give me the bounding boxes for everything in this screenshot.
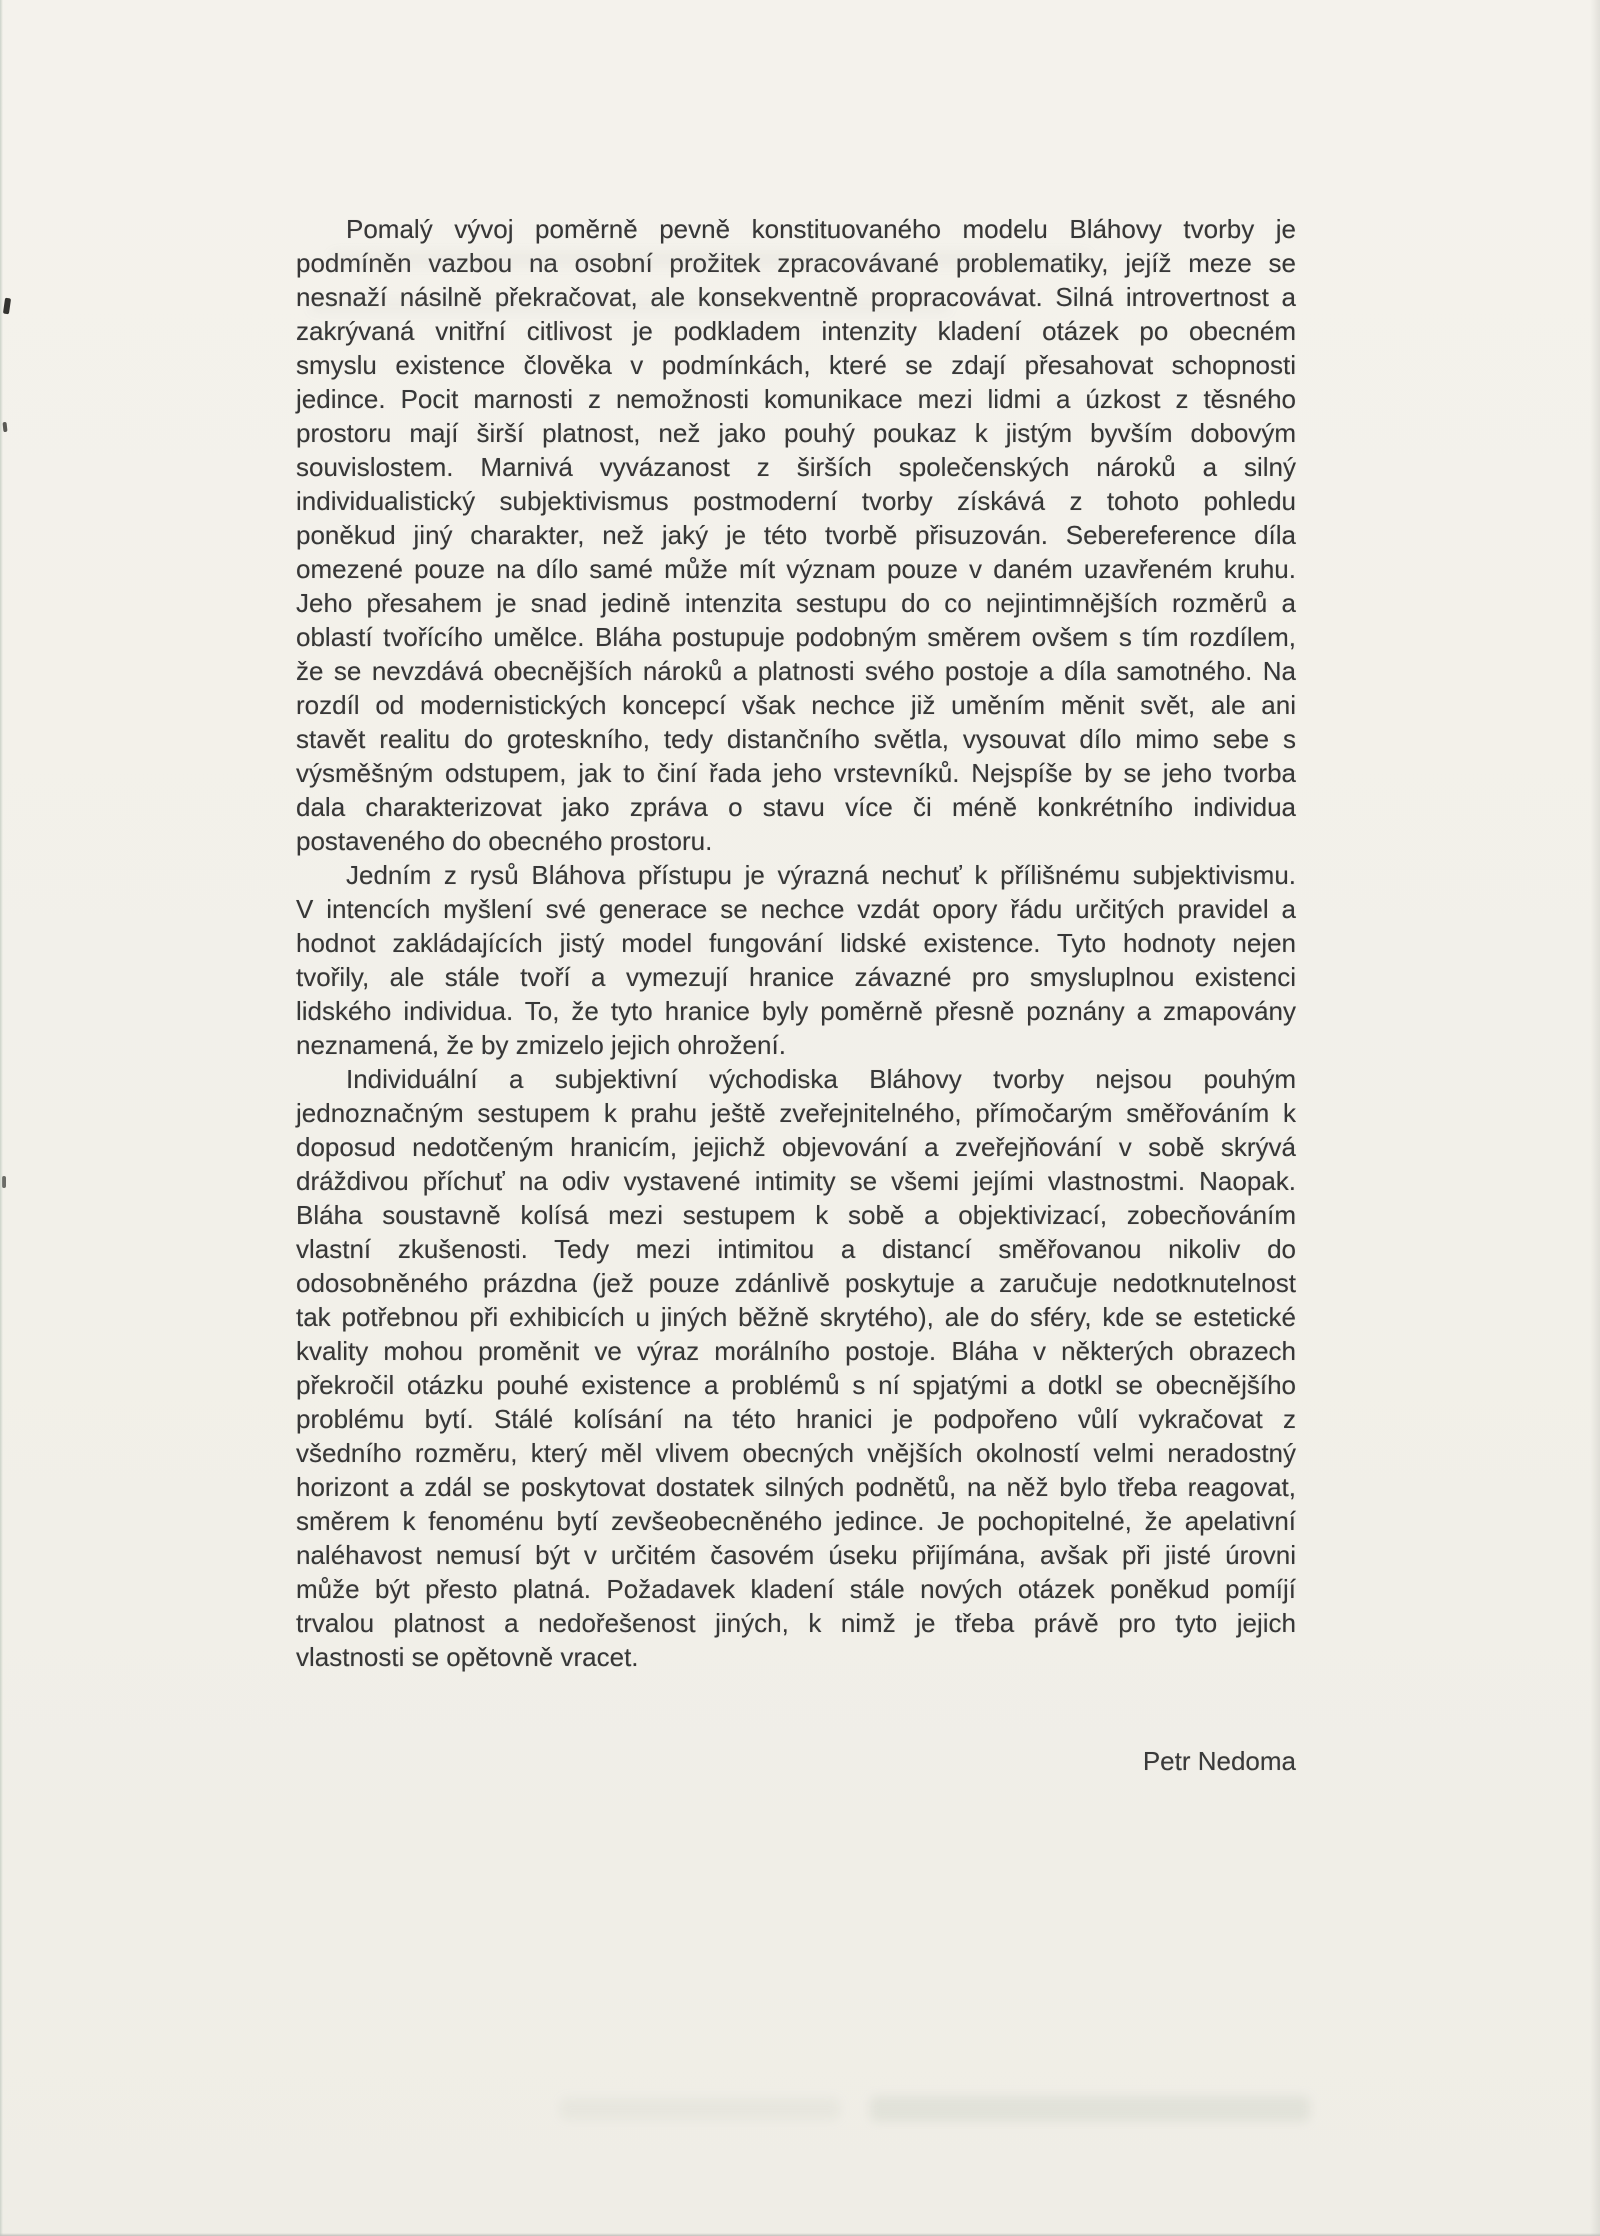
text-line: Bláha soustavně kolísá mezi sestupem k s… (296, 1198, 1296, 1232)
text-line: stavět realitu do groteskního, tedy dist… (296, 722, 1296, 756)
bleed-through-mark (310, 300, 950, 313)
essay-text: Pomalý vývoj poměrně pevně konstituované… (296, 212, 1296, 1674)
text-line: individualistický subjektivismus postmod… (296, 484, 1296, 518)
scan-speck (2, 422, 7, 432)
text-line: postaveného do obecného prostoru. (296, 824, 1296, 858)
bleed-through-mark (870, 2096, 1310, 2122)
text-line: omezené pouze na dílo samé může mít význ… (296, 552, 1296, 586)
text-line: hodnot zakládajících jistý model fungová… (296, 926, 1296, 960)
text-line: problému bytí. Stálé kolísání na této hr… (296, 1402, 1296, 1436)
text-line: zakrývaná vnitřní citlivost je podkladem… (296, 314, 1296, 348)
text-line: že se nevzdává obecnějších nároků a plat… (296, 654, 1296, 688)
text-line: V intencích myšlení své generace se nech… (296, 892, 1296, 926)
bleed-through-mark (560, 2098, 840, 2120)
text-line: vlastnosti se opětovně vracet. (296, 1640, 1296, 1674)
text-line: Jedním z rysů Bláhova přístupu je výrazn… (296, 858, 1296, 892)
text-line: Individuální a subjektivní východiska Bl… (296, 1062, 1296, 1096)
text-line: Jeho přesahem je snad jedině intenzita s… (296, 586, 1296, 620)
text-line: horizont a zdál se poskytovat dostatek s… (296, 1470, 1296, 1504)
text-line: rozdíl od modernistických koncepcí však … (296, 688, 1296, 722)
text-line: vlastní zkušenosti. Tedy mezi intimitou … (296, 1232, 1296, 1266)
text-line: tak potřebnou při exhibicích u jiných bě… (296, 1300, 1296, 1334)
text-line: tvořily, ale stále tvoří a vymezují hran… (296, 960, 1296, 994)
text-line: smyslu existence člověka v podmínkách, k… (296, 348, 1296, 382)
text-line: doposud nedotčeným hranicím, jejichž obj… (296, 1130, 1296, 1164)
text-line: výsměšným odstupem, jak to činí řada jeh… (296, 756, 1296, 790)
text-line: všedního rozměru, který měl vlivem obecn… (296, 1436, 1296, 1470)
text-line: neznamená, že by zmizelo jejich ohrožení… (296, 1028, 1296, 1062)
text-line: směrem k fenoménu bytí zevšeobecněného j… (296, 1504, 1296, 1538)
text-line: dala charakterizovat jako zpráva o stavu… (296, 790, 1296, 824)
text-line: jednoznačným sestupem k prahu ještě zveř… (296, 1096, 1296, 1130)
text-line: souvislostem. Marnivá vyvázanost z širší… (296, 450, 1296, 484)
page-edge-shadow (0, 0, 3, 2236)
text-line: lidského individua. To, že tyto hranice … (296, 994, 1296, 1028)
page-edge-shadow (1590, 0, 1600, 2236)
text-line: odosobněného prázdna (jež pouze zdánlivě… (296, 1266, 1296, 1300)
text-line: jedince. Pocit marnosti z nemožnosti kom… (296, 382, 1296, 416)
text-line: poněkud jiný charakter, než jaký je této… (296, 518, 1296, 552)
scan-speck (3, 298, 11, 315)
text-line: Pomalý vývoj poměrně pevně konstituované… (296, 212, 1296, 246)
bleed-through-mark (330, 252, 1090, 266)
text-line: prostoru mají širší platnost, než jako p… (296, 416, 1296, 450)
text-line: může být přesto platná. Požadavek kladen… (296, 1572, 1296, 1606)
text-line: překročil otázku pouhé existence a probl… (296, 1368, 1296, 1402)
text-line: trvalou platnost a nedořešenost jiných, … (296, 1606, 1296, 1640)
text-line: oblastí tvořícího umělce. Bláha postupuj… (296, 620, 1296, 654)
text-line: dráždivou příchuť na odiv vystavené inti… (296, 1164, 1296, 1198)
text-line: naléhavost nemusí být v určitém časovém … (296, 1538, 1296, 1572)
author-signature: Petr Nedoma (296, 1744, 1296, 1778)
text-line: kvality mohou proměnit ve výraz morálníh… (296, 1334, 1296, 1368)
scanned-page: Pomalý vývoj poměrně pevně konstituované… (0, 0, 1600, 2236)
